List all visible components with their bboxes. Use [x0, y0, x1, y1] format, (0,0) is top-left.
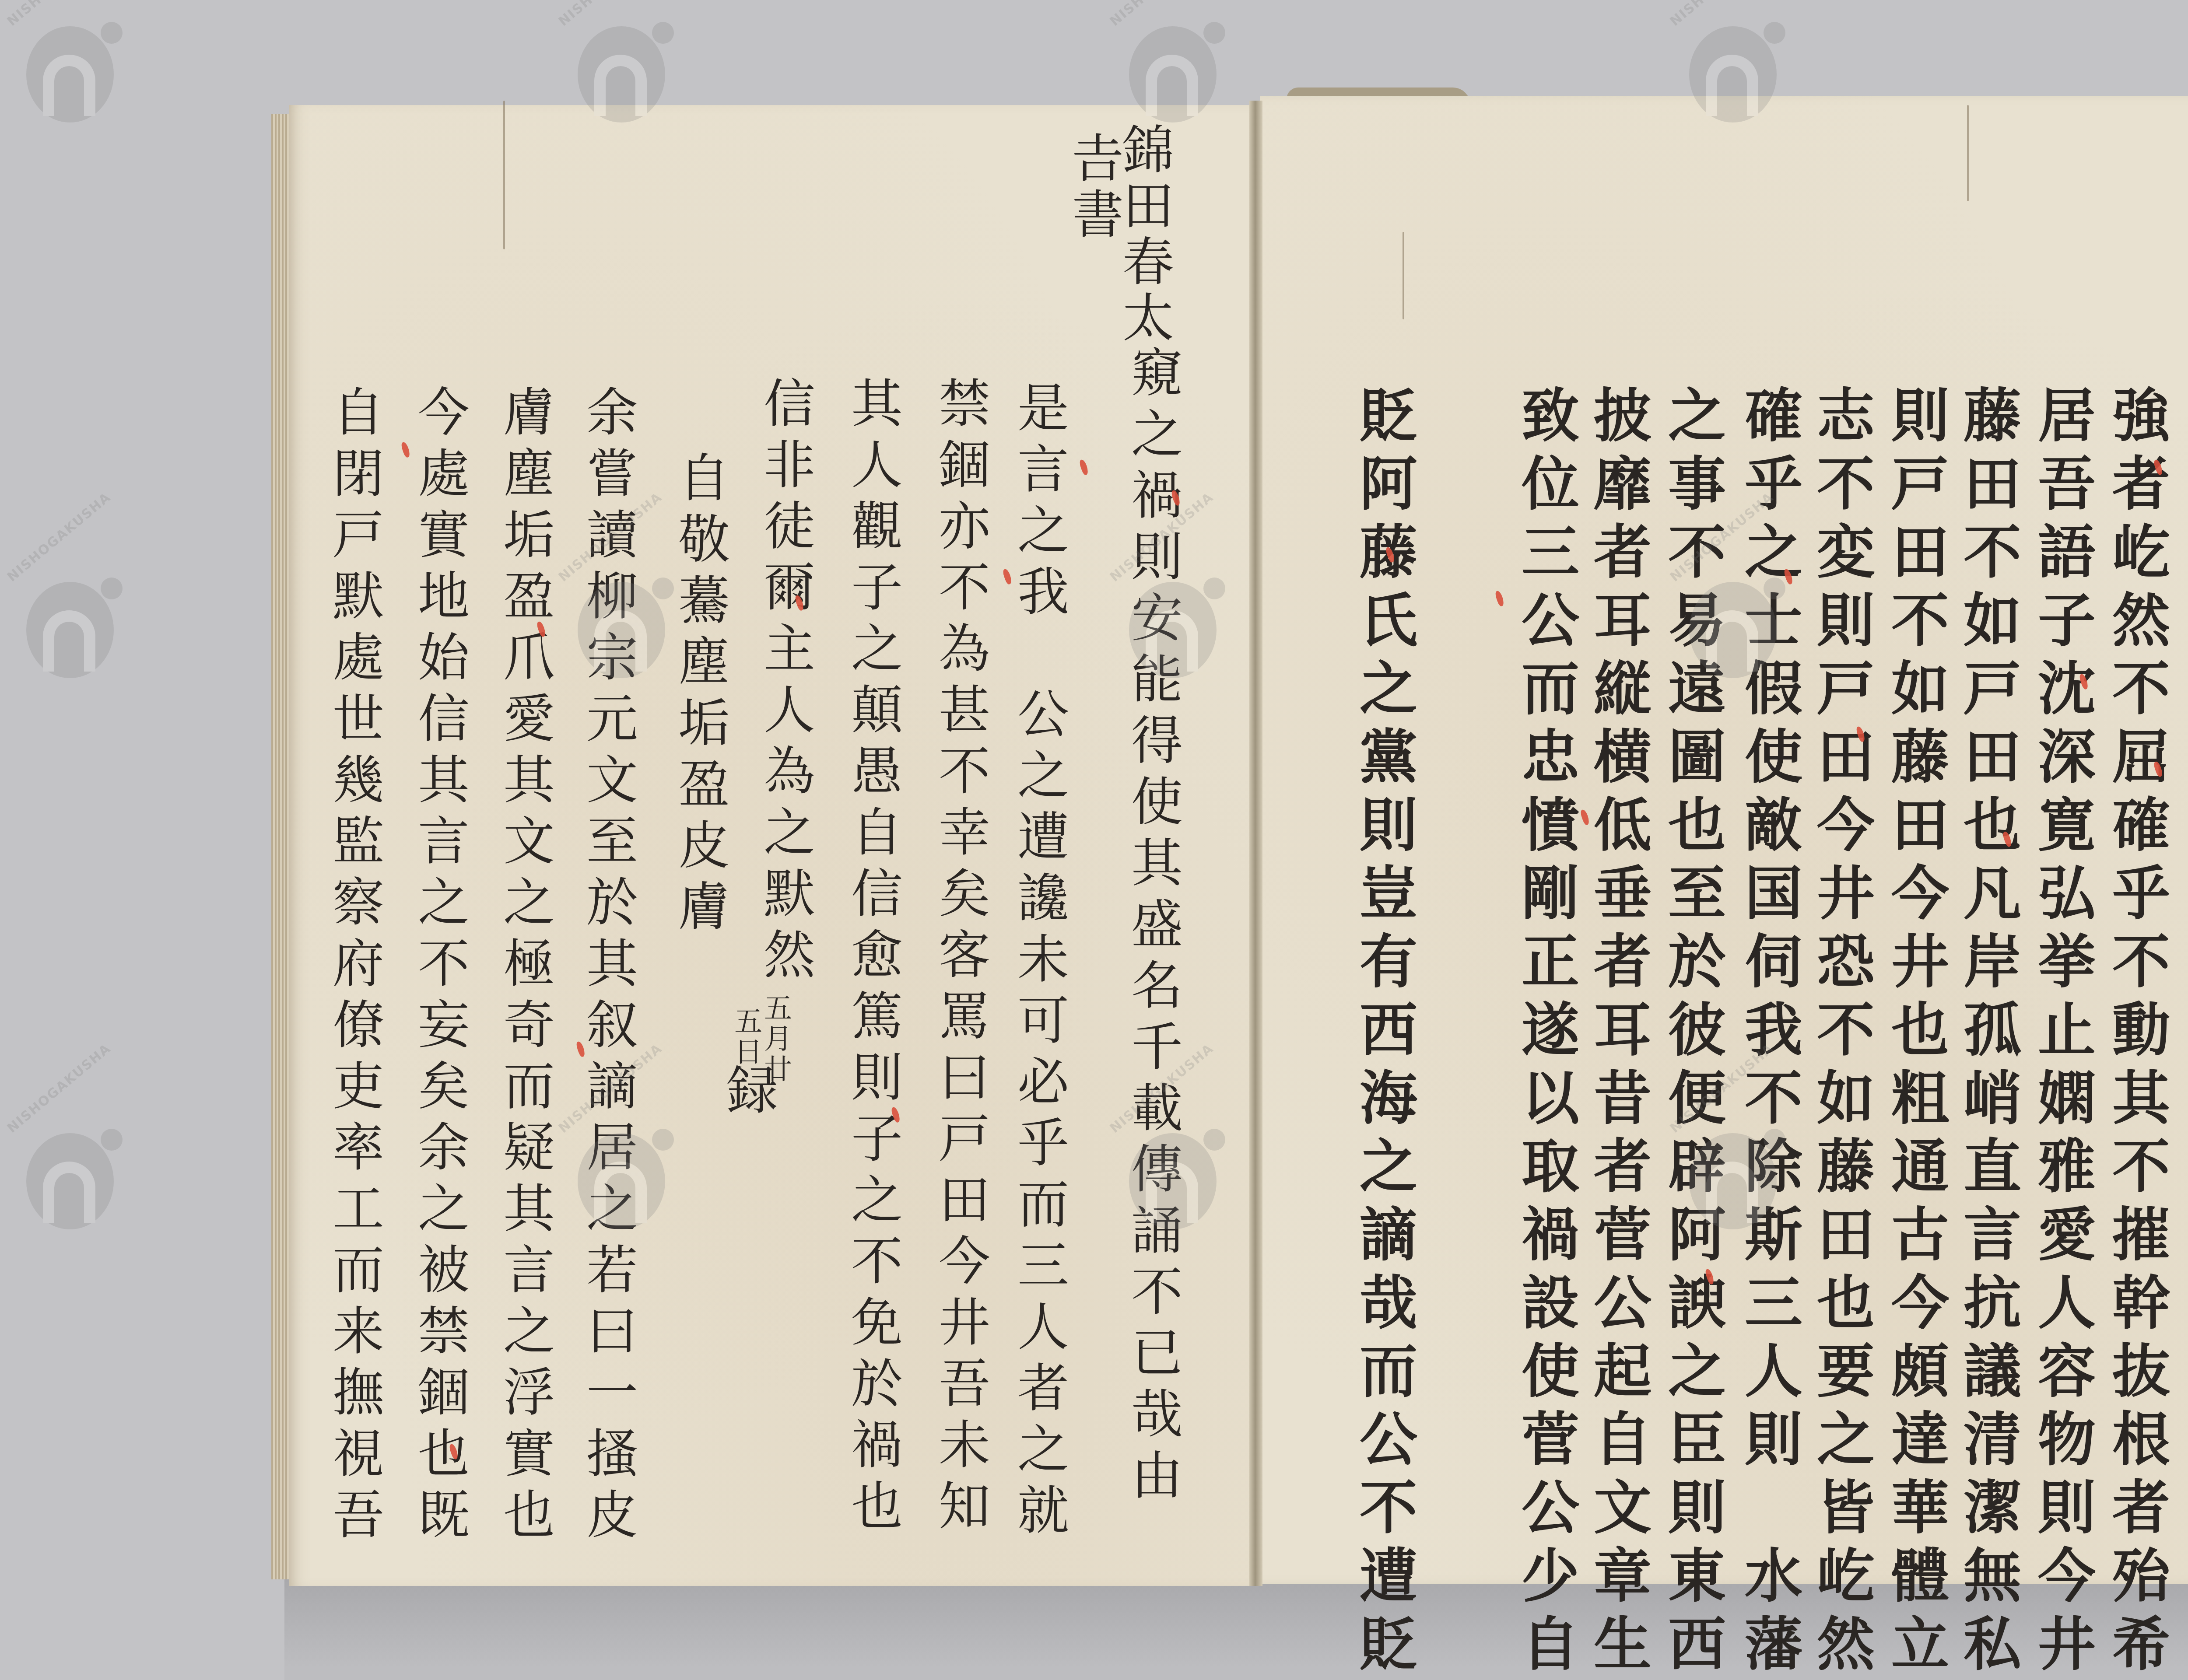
left-page-column-5: 信非徒爾主人為之默然 — [759, 376, 811, 989]
binding-crease — [503, 101, 505, 249]
right-page-column-9: 致位三公而忠憤剛正遂以取禍設使菅公少自 — [1516, 385, 1574, 1680]
right-page-column-1: 強者屹然不屈確乎不動其不摧幹抜根者殆希 — [2107, 385, 2165, 1680]
right-page-column-8: 披靡者耳縦横低垂者耳昔者菅公起自文章生 — [1588, 385, 1646, 1680]
left-page-column-1: 窺之禍則安能得使其盛名千載傳誦不已哉由 — [1127, 346, 1178, 1509]
left-page-header-subtitle: 𠮷書 — [1068, 131, 1119, 243]
right-page-column-7: 之事不易遠圖也至於彼便辟阿諛之臣則東西 — [1663, 385, 1721, 1680]
right-page-column-2: 居吾語子沈深寛弘挙止嫻雅愛人容物則今井 — [2033, 385, 2090, 1680]
date-note-suffix: 録 — [722, 1063, 774, 1124]
essay-column-3: 今處實地始信其言之不妄矣余之被禁錮也既 — [414, 385, 465, 1549]
watermark-logo-icon: NISHOGAKUSHA — [18, 1120, 123, 1234]
left-page-column-2: 是言之我 公之遭讒未可必乎而三人者之就 — [1013, 381, 1065, 1544]
right-page-column-3: 藤田不如戸田也凡岸孤峭直言抗議清潔無私 — [1958, 385, 2016, 1680]
binding-crease — [1967, 105, 1969, 201]
essay-column-4: 自閉戸默處世幾監察府僚吏率工而来撫視吾 — [328, 385, 380, 1549]
date-note-left: 五日 — [732, 1006, 760, 1067]
essay-title: 自敬驀塵垢盈皮膚 — [674, 451, 726, 941]
open-book: 強者屹然不屈確乎不動其不摧幹抜根者殆希 居吾語子沈深寛弘挙止嫻雅愛人容物則今井 … — [0, 0, 2188, 1680]
book-gutter — [1249, 101, 1262, 1586]
right-page-column-5: 志不変則戸田今井恐不如藤田也要之皆屹然 — [1812, 385, 1869, 1680]
watermark-logo-icon: NISHOGAKUSHA — [18, 569, 123, 682]
watermark-logo-icon: NISHOGAKUSHA — [18, 13, 123, 127]
essay-column-2: 膚塵垢盈爪愛其文之極奇而疑其言之浮實也 — [499, 385, 551, 1549]
essay-column-1: 余嘗讀柳宗元文至於其叙謫居之若曰一搔皮 — [582, 385, 634, 1549]
left-page-column-4: 其人觀子之顛愚自信愈篤則子之不免於禍也 — [847, 376, 898, 1540]
right-page-column-10: 貶阿藤氏之黨則豈有西海之謫哉而公不遭貶 — [1354, 385, 1412, 1680]
left-page-header-title: 錦田春太 — [1118, 122, 1170, 346]
left-page-column-3: 禁錮亦不為甚不幸矣客罵曰戸田今井吾未知 — [934, 376, 986, 1540]
binding-crease — [1403, 232, 1404, 319]
right-page-column-4: 則戸田不如藤田今井也粗通古今頗達華體立 — [1886, 385, 1944, 1680]
